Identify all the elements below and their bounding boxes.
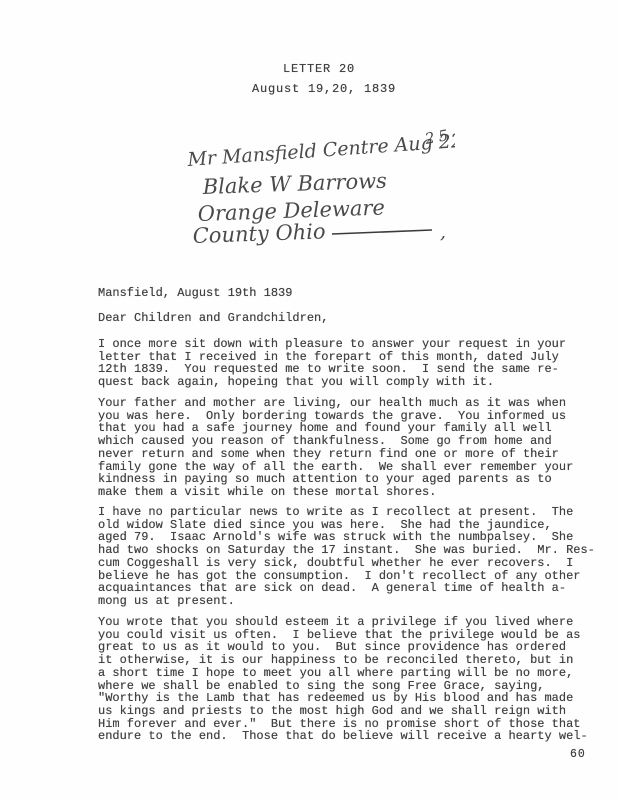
letter-paragraph: I have no particular news to write as I … xyxy=(98,506,595,608)
letter-paragraph: You wrote that you should esteem it a pr… xyxy=(98,616,588,743)
handwritten-flourish-mark: , xyxy=(440,221,446,243)
handwritten-addressee: Blake W Barrows xyxy=(201,169,387,199)
handwritten-dash xyxy=(332,230,432,234)
letter-dateline: Mansfield, August 19th 1839 xyxy=(98,287,292,300)
letter-title: LETTER 20 xyxy=(283,63,355,76)
handwritten-address-block: Mr Mansfield Centre Aug 22d 25 Blake W B… xyxy=(180,126,455,254)
handwritten-postmark: Mr Mansfield Centre Aug 22d xyxy=(186,129,455,171)
letter-salutation: Dear Children and Grandchildren, xyxy=(98,312,328,325)
letter-title-date: August 19,20, 1839 xyxy=(252,83,396,96)
letter-paragraph: I once more sit down with pleasure to an… xyxy=(98,338,566,389)
page-number: 60 xyxy=(570,749,586,762)
letter-paragraph: Your father and mother are living, our h… xyxy=(98,397,573,499)
letter-page: LETTER 20 August 19,20, 1839 Mr Mansfiel… xyxy=(0,0,618,800)
handwritten-county: County Ohio xyxy=(192,219,326,248)
